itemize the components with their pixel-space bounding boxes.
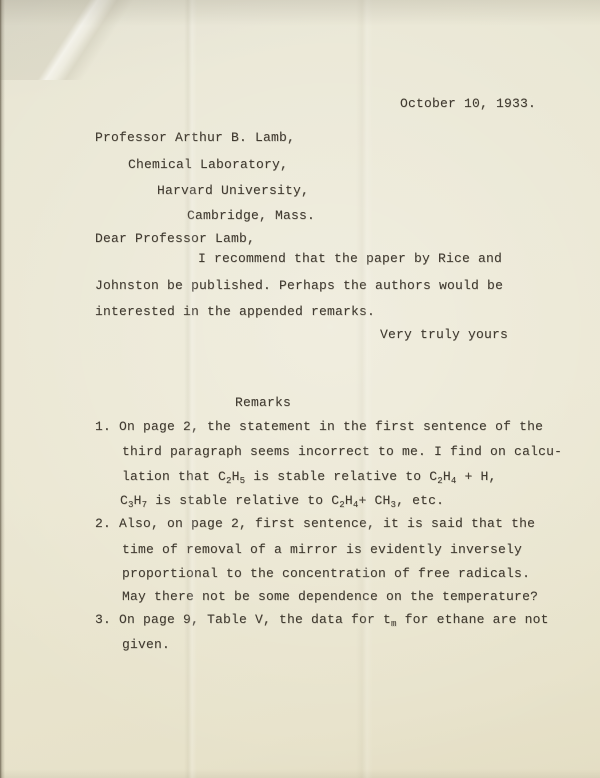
remarks-title: Remarks — [235, 396, 291, 410]
salutation: Dear Professor Lamb, — [95, 232, 255, 246]
remark-line: 3. On page 9, Table V, the data for tm f… — [95, 613, 549, 627]
remark-line: given. — [122, 638, 170, 652]
remark-line: 2. Also, on page 2, first sentence, it i… — [95, 517, 535, 531]
recipient-city: Cambridge, Mass. — [187, 209, 315, 223]
remark-line: time of removal of a mirror is evidently… — [122, 543, 522, 557]
body-line: I recommend that the paper by Rice and — [198, 252, 502, 266]
recipient-name: Professor Arthur B. Lamb, — [95, 131, 295, 145]
recipient-university: Harvard University, — [157, 184, 309, 198]
remark-line: C3H7 is stable relative to C2H4+ CH3, et… — [120, 494, 444, 508]
remark-line: May there not be some dependence on the … — [122, 590, 538, 604]
remark-line: lation that C2H5 is stable relative to C… — [122, 470, 497, 484]
remark-line: 1. On page 2, the statement in the first… — [95, 420, 543, 434]
date-line: October 10, 1933. — [400, 97, 536, 111]
remark-line: third paragraph seems incorrect to me. I… — [122, 445, 562, 459]
remark-line: proportional to the concentration of fre… — [122, 567, 530, 581]
closing: Very truly yours — [380, 328, 508, 342]
body-line: interested in the appended remarks. — [95, 305, 375, 319]
recipient-department: Chemical Laboratory, — [128, 158, 288, 172]
body-line: Johnston be published. Perhaps the autho… — [95, 279, 503, 293]
letter-page: October 10, 1933. Professor Arthur B. La… — [0, 0, 600, 778]
